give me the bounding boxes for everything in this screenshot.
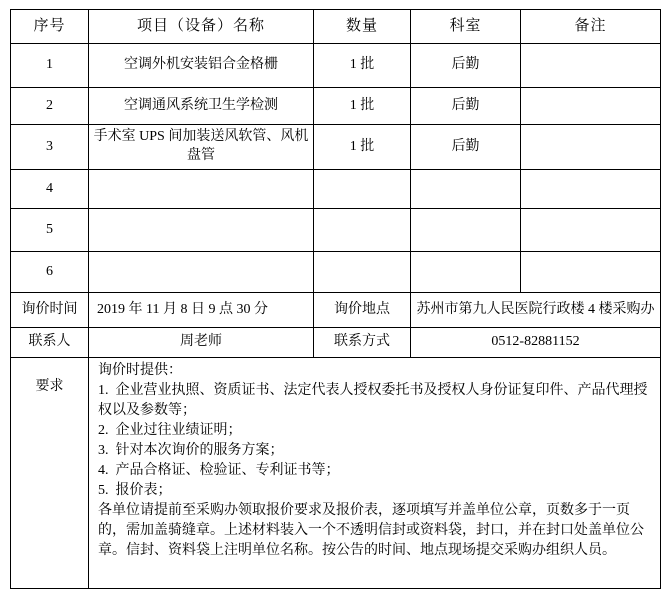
item-no: 3 (11, 125, 89, 170)
item-name (89, 209, 314, 252)
table-row: 6 (11, 252, 661, 293)
requirements-label: 要求 (11, 358, 89, 589)
table-row: 5 (11, 209, 661, 252)
table-row: 1 空调外机安装铝合金格栅 1 批 后勤 (11, 44, 661, 88)
requirements-content: 询价时提供： 1. 企业营业执照、资质证书、法定代表人授权委托书及授权人身份证复… (89, 358, 661, 589)
contact-label: 联系人 (11, 328, 89, 358)
requirements-line: 各单位请提前至采购办领取报价要求及报价表，逐项填写并盖单位公章，页数多于一页的，… (98, 501, 651, 561)
item-dept (411, 170, 521, 209)
item-dept: 后勤 (411, 44, 521, 88)
requirements-line: 4. 产品合格证、检验证、专利证书等； (98, 461, 651, 481)
contact-row: 联系人 周老师 联系方式 0512-82881152 (11, 328, 661, 358)
item-name: 手术室 UPS 间加装送风软管、风机盘管 (89, 125, 314, 170)
item-qty (314, 209, 411, 252)
col-header-name: 项目（设备）名称 (89, 10, 314, 44)
requirements-line: 5. 报价表； (98, 481, 651, 501)
contact-value: 周老师 (89, 328, 314, 358)
table-row: 3 手术室 UPS 间加装送风软管、风机盘管 1 批 后勤 (11, 125, 661, 170)
item-qty (314, 170, 411, 209)
item-name (89, 170, 314, 209)
item-note (521, 209, 661, 252)
item-note (521, 170, 661, 209)
item-note (521, 88, 661, 125)
inquiry-time-label: 询价时间 (11, 293, 89, 328)
item-no: 2 (11, 88, 89, 125)
col-header-note: 备注 (521, 10, 661, 44)
item-dept (411, 252, 521, 293)
item-note (521, 125, 661, 170)
item-note (521, 252, 661, 293)
inquiry-time-value: 2019 年 11 月 8 日 9 点 30 分 (89, 293, 314, 328)
item-dept: 后勤 (411, 88, 521, 125)
item-no: 1 (11, 44, 89, 88)
col-header-no: 序号 (11, 10, 89, 44)
inquiry-place-label: 询价地点 (314, 293, 411, 328)
requirements-line: 3. 针对本次询价的服务方案； (98, 441, 651, 461)
inquiry-time-row: 询价时间 2019 年 11 月 8 日 9 点 30 分 询价地点 苏州市第九… (11, 293, 661, 328)
phone-value: 0512-82881152 (411, 328, 661, 358)
item-qty (314, 252, 411, 293)
header-row: 序号 项目（设备）名称 数量 科室 备注 (11, 10, 661, 44)
item-no: 4 (11, 170, 89, 209)
item-qty: 1 批 (314, 88, 411, 125)
item-qty: 1 批 (314, 44, 411, 88)
table-row: 2 空调通风系统卫生学检测 1 批 后勤 (11, 88, 661, 125)
item-dept (411, 209, 521, 252)
requirements-row: 要求 询价时提供： 1. 企业营业执照、资质证书、法定代表人授权委托书及授权人身… (11, 358, 661, 589)
item-note (521, 44, 661, 88)
table-row: 4 (11, 170, 661, 209)
item-name: 空调外机安装铝合金格栅 (89, 44, 314, 88)
procurement-inquiry-table: 序号 项目（设备）名称 数量 科室 备注 1 空调外机安装铝合金格栅 1 批 后… (10, 9, 661, 589)
phone-label: 联系方式 (314, 328, 411, 358)
item-qty: 1 批 (314, 125, 411, 170)
item-name (89, 252, 314, 293)
item-no: 6 (11, 252, 89, 293)
item-dept: 后勤 (411, 125, 521, 170)
requirements-line: 询价时提供： (98, 361, 651, 381)
col-header-dept: 科室 (411, 10, 521, 44)
item-name: 空调通风系统卫生学检测 (89, 88, 314, 125)
requirements-line: 2. 企业过往业绩证明； (98, 421, 651, 441)
inquiry-place-value: 苏州市第九人民医院行政楼 4 楼采购办 (411, 293, 661, 328)
requirements-line: 1. 企业营业执照、资质证书、法定代表人授权委托书及授权人身份证复印件、产品代理… (98, 381, 651, 421)
item-no: 5 (11, 209, 89, 252)
col-header-qty: 数量 (314, 10, 411, 44)
